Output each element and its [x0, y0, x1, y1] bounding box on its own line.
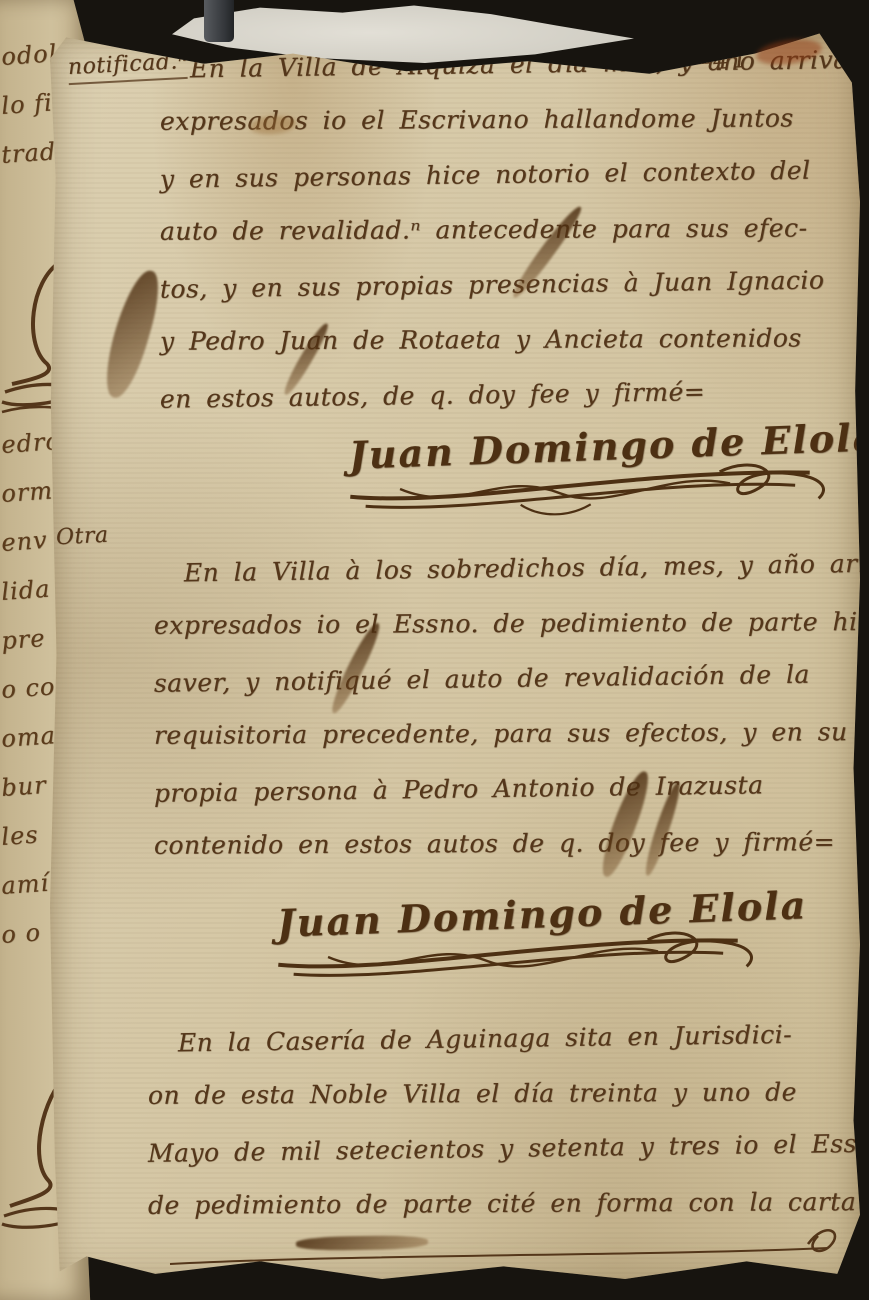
- signature-juan-domingo-de-elola: Juan Domingo de Elola: [348, 415, 852, 552]
- manuscript-line: En la Villa à los sobredichos día, mes, …: [154, 549, 845, 614]
- manuscript-line: expresados io el Essno. de pedimiento de…: [154, 607, 844, 666]
- manuscript-line: auto de revalidad.ⁿ antecedente para sus…: [160, 213, 840, 272]
- signature-juan-domingo-de-elola: Juan Domingo de Elola: [276, 883, 780, 1020]
- manuscript-line: propia persona à Pedro Antonio de Irazus…: [154, 769, 845, 834]
- manuscript-page: —41 notificad.ⁿ En la Villa de Alquiza e…: [50, 26, 860, 1284]
- manuscript-line: requisitoria precedente, para sus efecto…: [154, 717, 844, 776]
- entry-section-1: En la Villa de Alquiza el día mes, y año…: [160, 50, 840, 435]
- book-clamp: [204, 0, 234, 42]
- manuscript-line: y Pedro Juan de Rotaeta y Ancieta conten…: [160, 323, 840, 382]
- closing-rule: [168, 1214, 848, 1274]
- manuscript-line: En la Casería de Aguinaga sita en Jurisd…: [148, 1019, 844, 1084]
- manuscript-line: Mayo de mil setecientos y setenta y tres…: [148, 1129, 844, 1194]
- manuscript-line: contenido en estos autos de q. doy fee y…: [154, 827, 844, 886]
- manuscript-line: tos, y en sus propias presencias à Juan …: [160, 265, 841, 329]
- manuscript-line: y en sus personas hice notorio el contex…: [160, 155, 841, 219]
- entry-section-2: En la Villa à los sobredichos día, mes, …: [154, 554, 844, 884]
- manuscript-line: on de esta Noble Villa el día treinta y …: [148, 1077, 843, 1136]
- entry-section-3: En la Casería de Aguinaga sita en Jurisd…: [148, 1024, 843, 1244]
- margin-note-otra: Otra: [55, 523, 109, 551]
- manuscript-line: saver, y notifiqué el auto de revalidaci…: [154, 659, 845, 724]
